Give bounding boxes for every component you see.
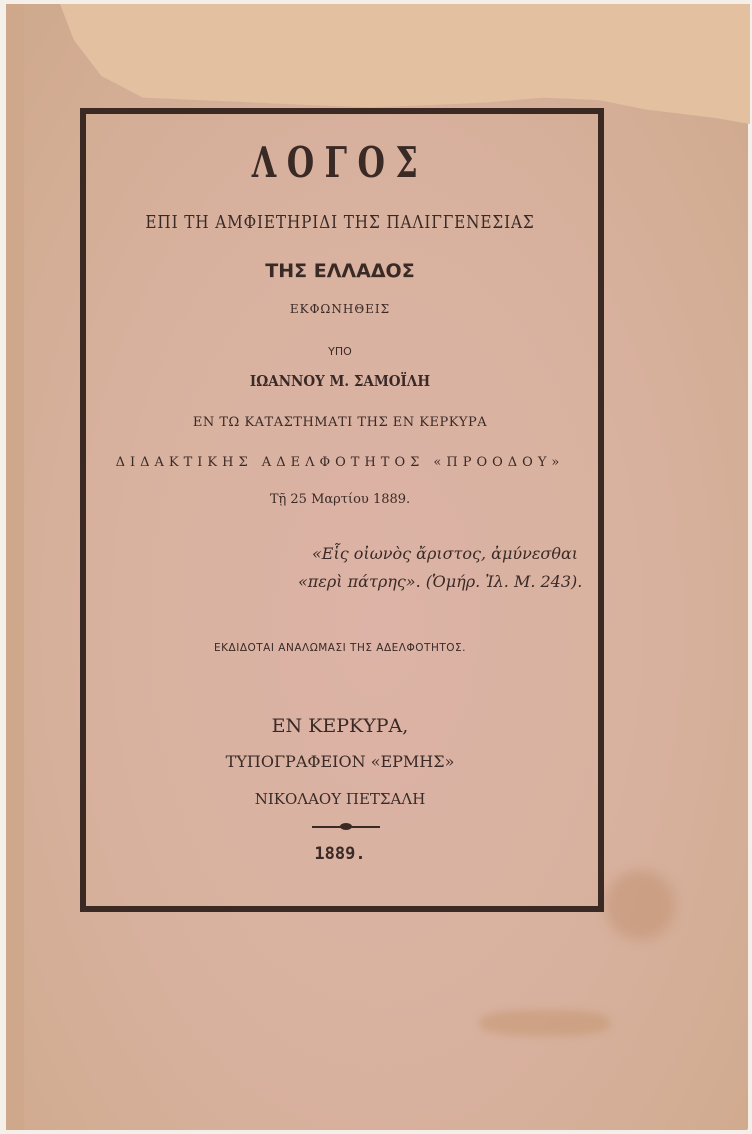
speech-date: Τῇ 25 Μαρτίου 1889. xyxy=(90,492,590,507)
spine-edge xyxy=(6,4,24,1130)
delivered-label: ΕΚΦΩΝΗΘΕΙΣ xyxy=(90,302,590,316)
publication-note: ΕΚΔΙΔΟΤΑΙ ΑΝΑΛΩΜΑΣΙ ΤΗΣ ΑΔΕΛΦΟΤΗΤΟΣ. xyxy=(90,642,590,654)
epigraph-line-2: «περὶ πάτρης». (Ὁμήρ. Ἰλ. Μ. 243). xyxy=(298,572,578,591)
by-label: ΥΠΟ xyxy=(90,345,590,358)
venue-line-2: ΔΙΔΑΚΤΙΚΗΣ ΑΔΕΛΦΟΤΗΤΟΣ «ΠΡΟΟΔΟΥ» xyxy=(90,455,590,470)
imprint-printer-owner: ΝΙΚΟΛΑΟΥ ΠΕΤΣΑΛΗ xyxy=(90,790,590,808)
subtitle-line-1: ΕΠΙ ΤΗ ΑΜΦΙΕΤΗΡΙΔΙ ΤΗΣ ΠΑΛΙΓΓΕΝΕΣΙΑΣ xyxy=(128,212,553,233)
subtitle-line-2: ΤΗΣ ΕΛΛΑΔΟΣ xyxy=(90,260,590,282)
water-stain xyxy=(605,870,675,940)
ornament-dot xyxy=(340,823,352,830)
imprint-printer: ΤΥΠΟΓΡΑΦΕΙΟΝ «ΕΡΜΗΣ» xyxy=(90,752,590,771)
venue-line-1: ΕΝ ΤΩ ΚΑΤΑΣΤΗΜΑΤΙ ΤΗΣ ΕΝ ΚΕΡΚΥΡΑ xyxy=(90,415,590,430)
imprint-year: 1889. xyxy=(90,844,590,864)
author-name: ΙΩΑΝΝΟΥ Μ. ΣΑΜΟΪΛΗ xyxy=(115,372,565,390)
document-title: ΛΟΓΟΣ xyxy=(153,138,528,187)
imprint-city: ΕΝ ΚΕΡΚΥΡΑ, xyxy=(90,715,590,737)
epigraph-line-1: «Εἷς οἰωνὸς ἄριστος, ἀμύνεσθαι xyxy=(312,544,592,563)
water-stain xyxy=(480,1010,610,1036)
